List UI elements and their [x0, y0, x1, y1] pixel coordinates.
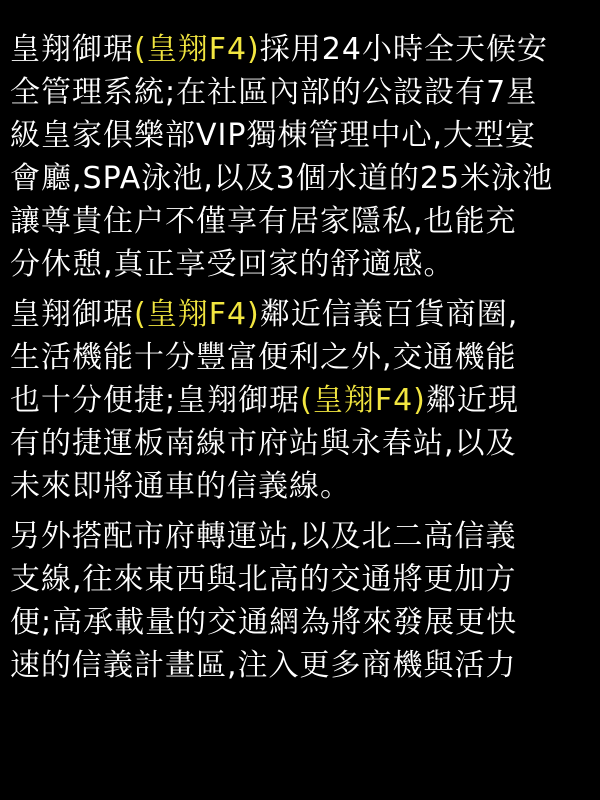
- text-line: 也十分便捷;皇翔御琚(皇翔F4)鄰近現: [10, 379, 600, 422]
- text-line: 分休憩,真正享受回家的舒適感。: [10, 243, 600, 286]
- text-line: 生活機能十分豐富便利之外,交通機能: [10, 336, 600, 379]
- text-line: 未來即將通車的信義線。: [10, 465, 600, 508]
- document-body: 皇翔御琚(皇翔F4)採用24小時全天候安 全管理系統;在社區內部的公設設有7星 …: [10, 28, 600, 687]
- paragraph-highway-development: 另外搭配市府轉運站,以及北二高信義 支線,往來東西與北高的交通將更加方 便;高承…: [10, 515, 600, 687]
- paragraph-security-amenities: 皇翔御琚(皇翔F4)採用24小時全天候安 全管理系統;在社區內部的公設設有7星 …: [10, 28, 600, 286]
- text-line: 便;高承載量的交通網為將來發展更快: [10, 601, 600, 644]
- text-line: 皇翔御琚(皇翔F4)採用24小時全天候安: [10, 28, 600, 71]
- text-line: 有的捷運板南線市府站與永春站,以及: [10, 422, 600, 465]
- highlight-text: (皇翔F4): [300, 383, 426, 418]
- highlight-text: (皇翔F4): [134, 32, 260, 67]
- text-line: 讓尊貴住户不僅享有居家隱私,也能充: [10, 200, 600, 243]
- paragraph-location-transport: 皇翔御琚(皇翔F4)鄰近信義百貨商圈, 生活機能十分豐富便利之外,交通機能 也十…: [10, 293, 600, 508]
- highlight-text: (皇翔F4): [134, 297, 260, 332]
- text-line: 速的信義計畫區,注入更多商機與活力: [10, 644, 600, 687]
- text-line: 全管理系統;在社區內部的公設設有7星: [10, 71, 600, 114]
- text-line: 皇翔御琚(皇翔F4)鄰近信義百貨商圈,: [10, 293, 600, 336]
- text-line: 支線,往來東西與北高的交通將更加方: [10, 558, 600, 601]
- text-line: 另外搭配市府轉運站,以及北二高信義: [10, 515, 600, 558]
- text-line: 會廳,SPA泳池,以及3個水道的25米泳池: [10, 157, 600, 200]
- text-line: 級皇家俱樂部VIP獨棟管理中心,大型宴: [10, 114, 600, 157]
